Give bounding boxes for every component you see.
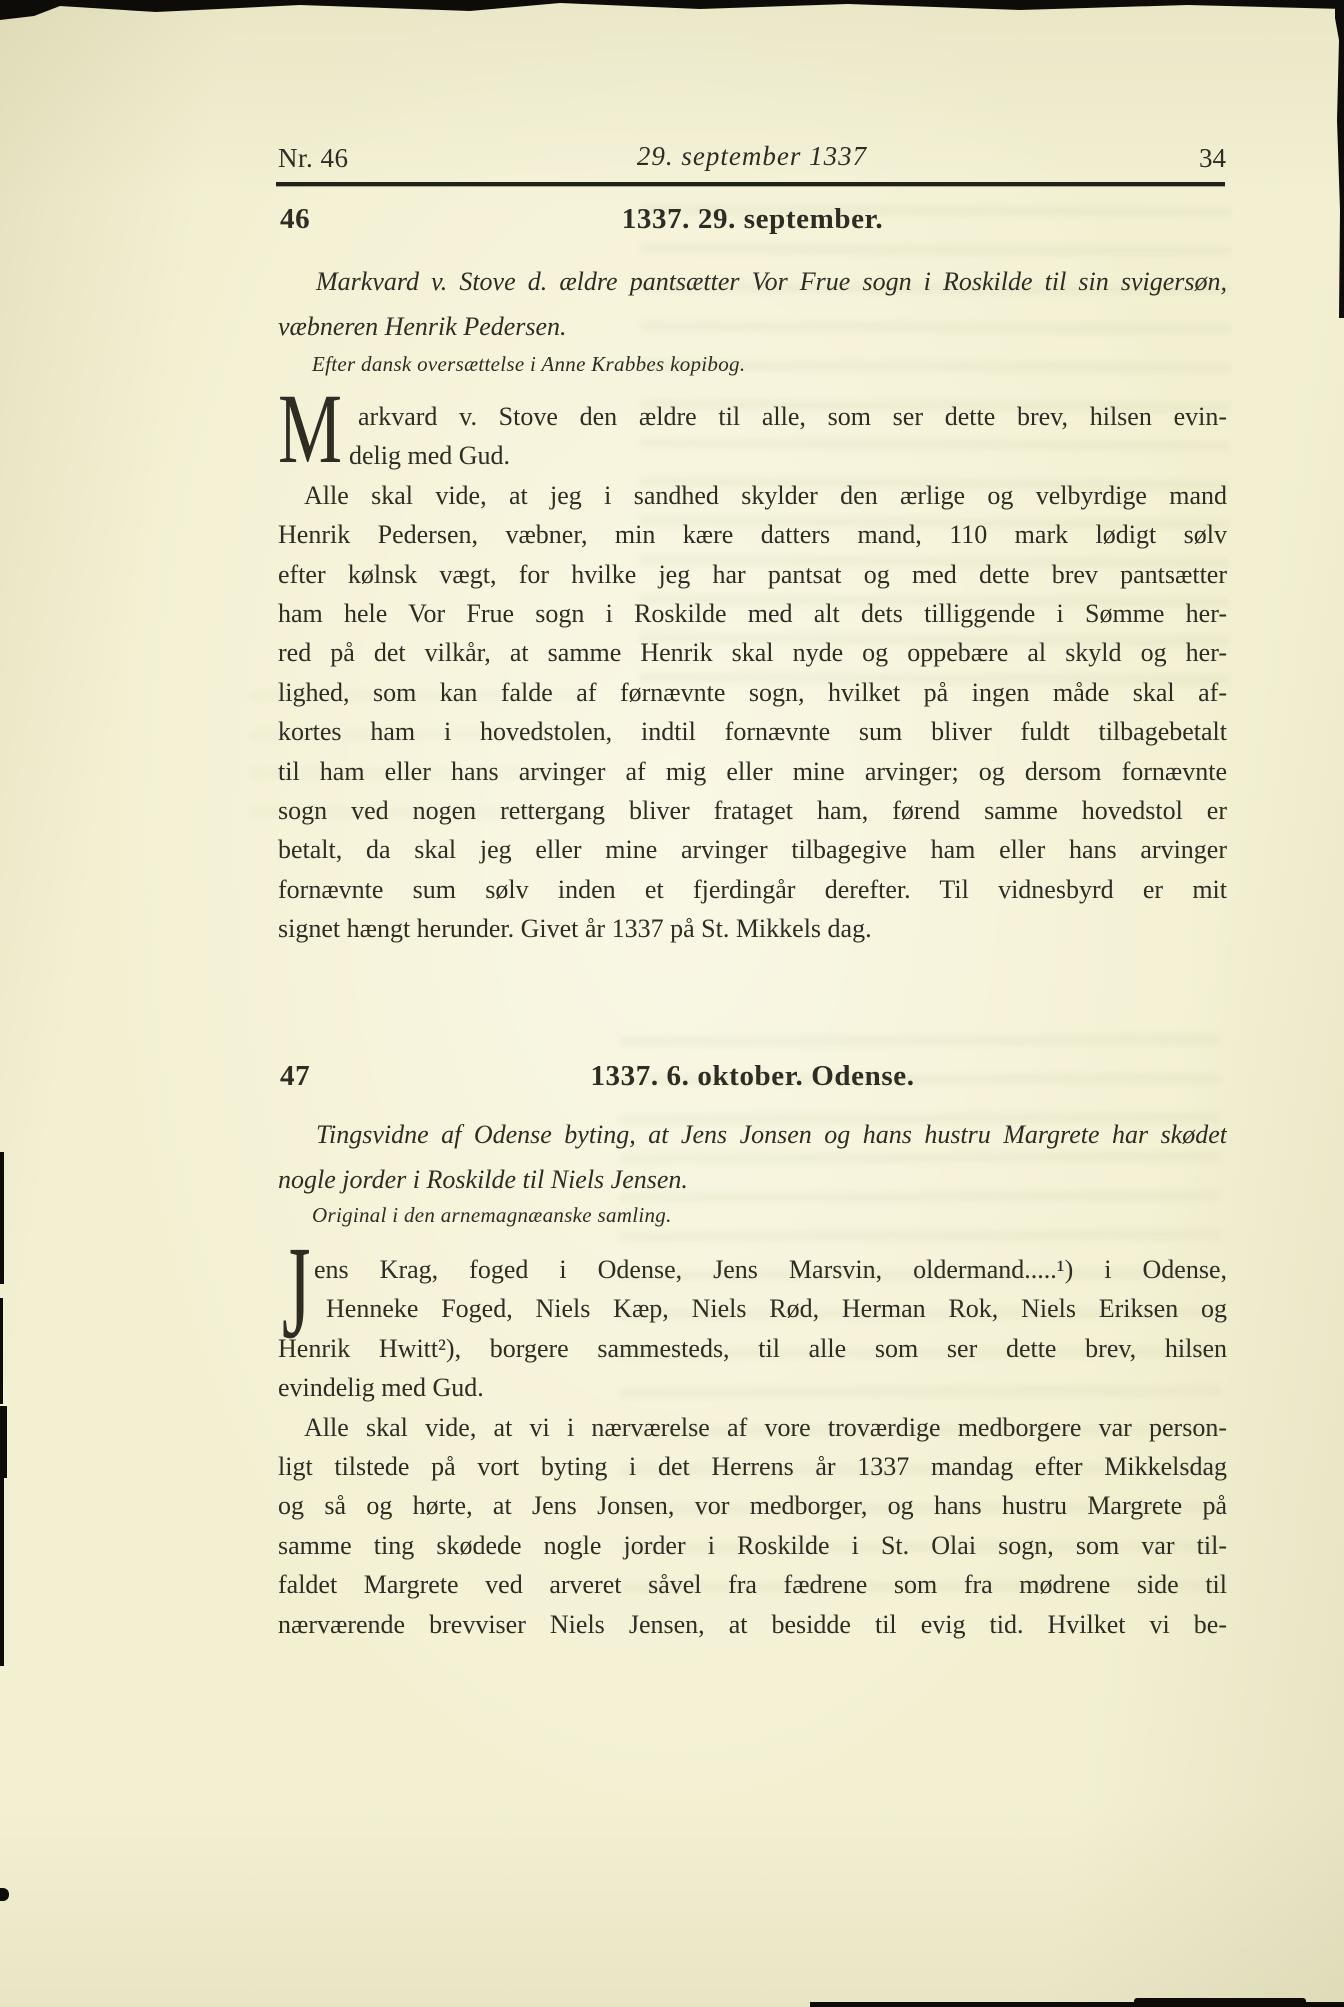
body-line: ens Krag, foged i Odense, Jens Marsvin, … bbox=[278, 1250, 1227, 1289]
entry-body: M arkvard v. Stove den ældre til alle, s… bbox=[278, 397, 1227, 948]
body-line: til ham eller hans arvinger af mig eller… bbox=[278, 752, 1227, 791]
body-line: nærværende brevviser Niels Jensen, at be… bbox=[278, 1605, 1227, 1644]
summary-line: væbneren Henrik Pedersen. bbox=[278, 304, 1227, 349]
running-head-date: 29. september 1337 bbox=[278, 141, 1226, 172]
body-line: efter kølnsk vægt, for hvilke jeg har pa… bbox=[278, 555, 1227, 594]
scan-edge-left bbox=[0, 1298, 3, 1404]
scanned-book-page: Nr. 46 29. september 1337 34 46 1337. 29… bbox=[0, 0, 1344, 2007]
scan-edge-bottom bbox=[1134, 1998, 1306, 2007]
dropcap-initial: M bbox=[278, 379, 342, 479]
body-line: ham hele Vor Frue sogn i Roskilde med al… bbox=[278, 594, 1227, 633]
entry-date-heading: 1337. 29. september. bbox=[278, 203, 1227, 236]
entry-number: 46 bbox=[280, 203, 310, 236]
body-line: evindelig med Gud. bbox=[278, 1368, 1227, 1407]
running-head-rule bbox=[276, 182, 1225, 186]
entry-heading-row: 46 1337. 29. september. bbox=[278, 203, 1227, 243]
dropcap-initial: J bbox=[282, 1226, 310, 1359]
body-line: samme ting skødede nogle jorder i Roskil… bbox=[278, 1526, 1227, 1565]
scan-edge-left bbox=[0, 1478, 4, 1666]
entry-heading-row: 47 1337. 6. oktober. Odense. bbox=[278, 1060, 1227, 1100]
entry-summary: Markvard v. Stove d. ældre pantsætter Vo… bbox=[278, 259, 1227, 349]
entry-summary: Tingsvidne af Odense byting, at Jens Jon… bbox=[278, 1112, 1227, 1202]
scan-edge-left-dot bbox=[0, 1888, 9, 1901]
charter-entry-46: 46 1337. 29. september. Markvard v. Stov… bbox=[278, 203, 1227, 243]
body-line: Henrik Hwitt²), borgere sammesteds, til … bbox=[278, 1329, 1227, 1368]
charter-entry-47: 47 1337. 6. oktober. Odense. Tingsvidne … bbox=[278, 1060, 1227, 1100]
body-line: og så og hørte, at Jens Jonsen, vor medb… bbox=[278, 1486, 1227, 1525]
body-line: arkvard v. Stove den ældre til alle, som… bbox=[278, 397, 1227, 436]
body-line: fornævnte sum sølv inden et fjerdingår d… bbox=[278, 870, 1227, 909]
scan-edge-top bbox=[0, 0, 1344, 22]
body-line: ligt tilstede på vort byting i det Herre… bbox=[278, 1447, 1227, 1486]
scan-edge-left bbox=[0, 1152, 4, 1284]
summary-line: Tingsvidne af Odense byting, at Jens Jon… bbox=[278, 1112, 1227, 1157]
entry-date-heading: 1337. 6. oktober. Odense. bbox=[278, 1060, 1227, 1093]
body-line: Henneke Foged, Niels Kæp, Niels Rød, Her… bbox=[278, 1289, 1227, 1328]
body-line: kortes ham i hovedstolen, indtil fornævn… bbox=[278, 712, 1227, 751]
body-line: lighed, som kan falde af førnævnte sogn,… bbox=[278, 673, 1227, 712]
body-line: signet hængt herunder. Givet år 1337 på … bbox=[278, 909, 1227, 948]
body-line: faldet Margrete ved arveret såvel fra fæ… bbox=[278, 1565, 1227, 1604]
body-line: betalt, da skal jeg eller mine arvinger … bbox=[278, 830, 1227, 869]
summary-line: nogle jorder i Roskilde til Niels Jensen… bbox=[278, 1157, 1227, 1202]
body-line: Henrik Pedersen, væbner, min kære datter… bbox=[278, 515, 1227, 554]
scan-edge-left bbox=[0, 1406, 7, 1478]
body-line: Alle skal vide, at jeg i sandhed skylder… bbox=[278, 476, 1227, 515]
scan-edge-right bbox=[1335, 0, 1344, 318]
summary-line: Markvard v. Stove d. ældre pantsætter Vo… bbox=[278, 259, 1227, 304]
body-line: sogn ved nogen rettergang bliver fratage… bbox=[278, 791, 1227, 830]
body-line: red på det vilkår, at samme Henrik skal … bbox=[278, 633, 1227, 672]
entry-body: J ens Krag, foged i Odense, Jens Marsvin… bbox=[278, 1250, 1227, 1644]
page-number: 34 bbox=[1199, 143, 1226, 174]
source-note: Efter dansk oversættelse i Anne Krabbes … bbox=[312, 352, 745, 377]
body-line: delig med Gud. bbox=[278, 436, 1227, 475]
entry-number: 47 bbox=[280, 1060, 310, 1093]
source-note: Original i den arnemagnæanske samling. bbox=[312, 1203, 672, 1228]
body-line: Alle skal vide, at vi i nærværelse af vo… bbox=[278, 1408, 1227, 1447]
running-head: Nr. 46 29. september 1337 34 bbox=[278, 143, 1226, 179]
